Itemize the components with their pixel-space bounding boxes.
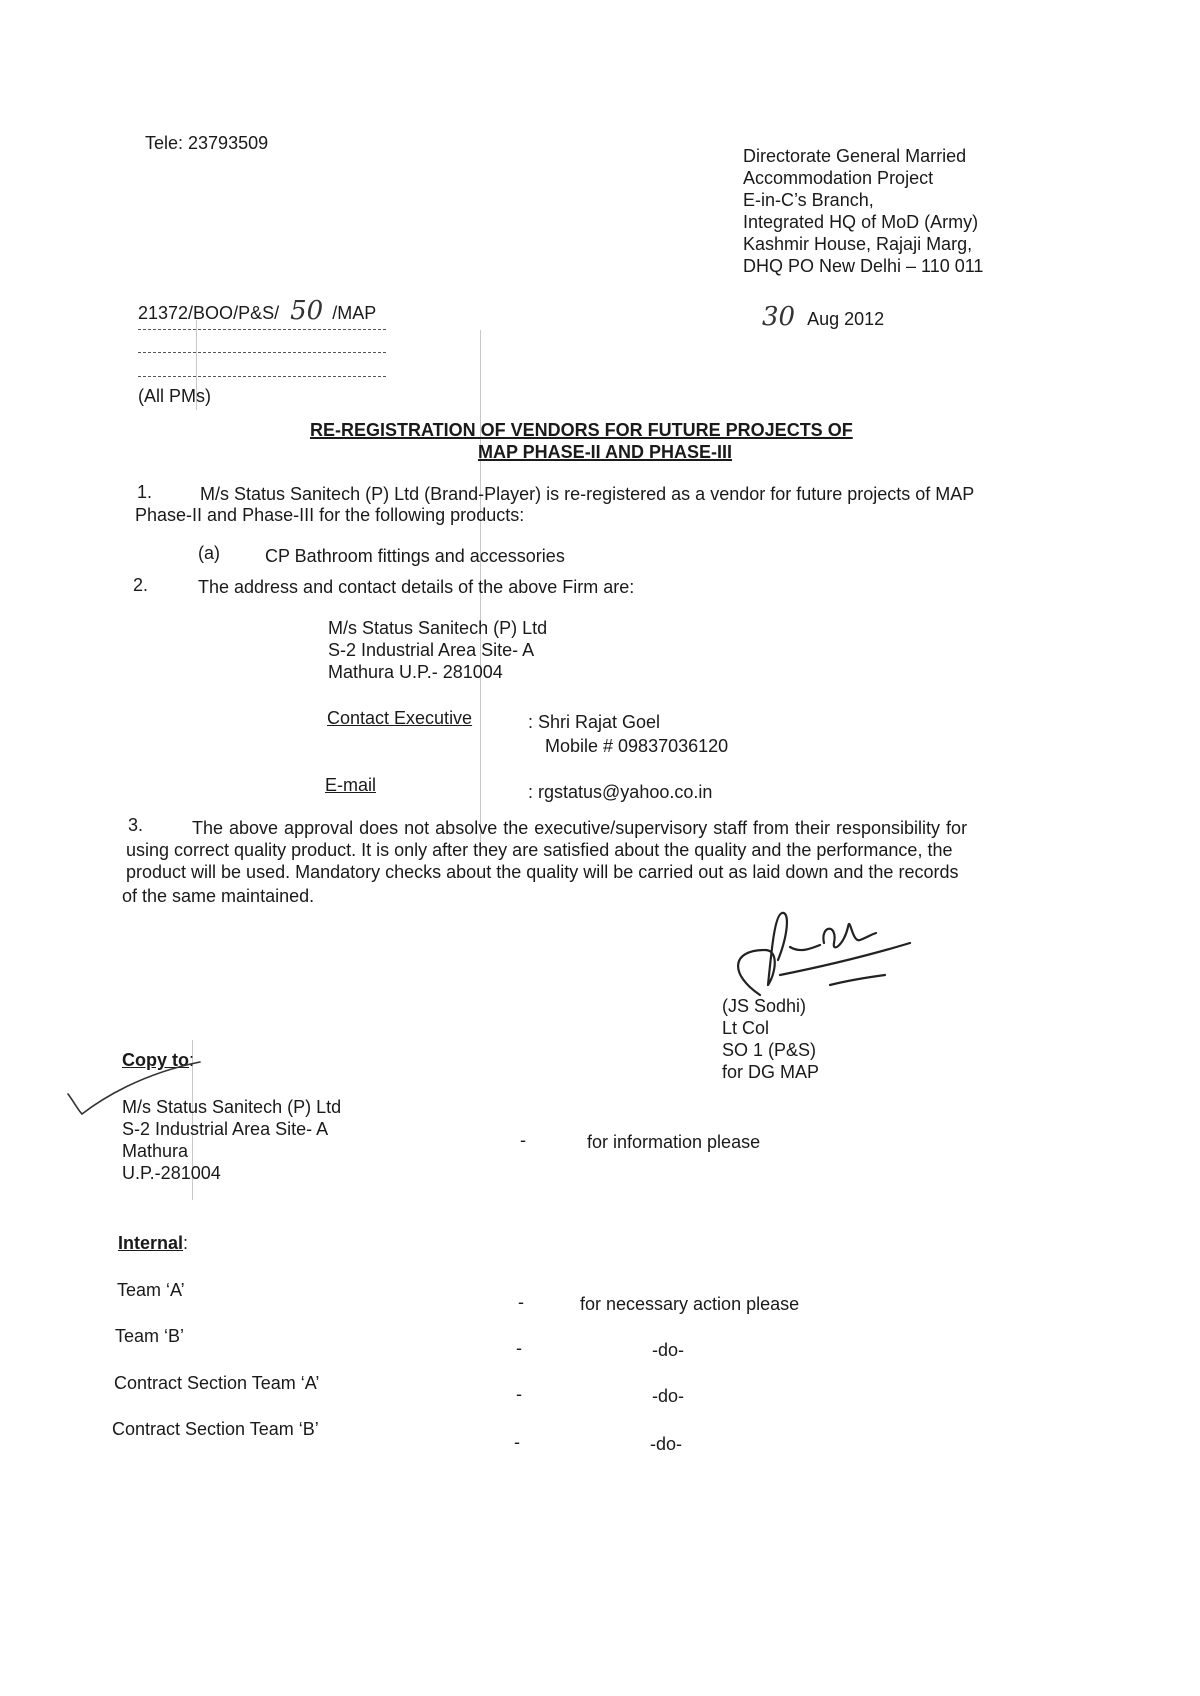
copy-to-address-line: U.P.-281004	[122, 1162, 341, 1184]
telephone: Tele: 23793509	[145, 133, 268, 154]
contact-executive-label: Contact Executive	[327, 708, 472, 729]
handwritten-day: 30	[762, 302, 795, 332]
signatory-block: (JS Sodhi) Lt Col SO 1 (P&S) for DG MAP	[722, 995, 819, 1083]
blank-line	[138, 329, 386, 330]
contact-mobile: Mobile # 09837036120	[545, 736, 728, 757]
email-value[interactable]: : rgstatus@yahoo.co.in	[528, 782, 712, 803]
para3-line: using correct quality product. It is onl…	[126, 840, 952, 861]
firm-address: M/s Status Sanitech (P) Ltd S-2 Industri…	[328, 617, 547, 683]
sender-address-line: Accommodation Project	[743, 167, 983, 189]
subject-line-2: MAP PHASE-II AND PHASE-III	[478, 442, 732, 463]
product-item: CP Bathroom fittings and accessories	[265, 546, 565, 567]
blank-line	[138, 352, 386, 353]
sender-address: Directorate General Married Accommodatio…	[743, 145, 983, 277]
signatory-name: (JS Sodhi)	[722, 995, 819, 1017]
copy-to-address-line: M/s Status Sanitech (P) Ltd	[122, 1096, 341, 1118]
copy-to-dash: -	[520, 1130, 526, 1151]
firm-address-line: M/s Status Sanitech (P) Ltd	[328, 617, 547, 639]
firm-address-line: Mathura U.P.- 281004	[328, 661, 547, 683]
firm-address-line: S-2 Industrial Area Site- A	[328, 639, 547, 661]
copy-to-address: M/s Status Sanitech (P) Ltd S-2 Industri…	[122, 1096, 341, 1184]
internal-recipient: Team ‘B’	[115, 1326, 184, 1347]
signatory-designation: SO 1 (P&S)	[722, 1039, 819, 1061]
internal-dash: -	[516, 1338, 522, 1359]
internal-note: -do-	[652, 1386, 684, 1407]
internal-dash: -	[514, 1432, 520, 1453]
copy-to-address-line: S-2 Industrial Area Site- A	[122, 1118, 341, 1140]
para3-line: product will be used. Mandatory checks a…	[126, 862, 958, 883]
contact-executive-name: : Shri Rajat Goel	[528, 712, 660, 733]
para1-line2: Phase-II and Phase-III for the following…	[135, 505, 524, 526]
email-label: E-mail	[325, 775, 376, 796]
para2-text: The address and contact details of the a…	[198, 577, 634, 598]
para-number: 1.	[137, 482, 152, 503]
internal-note: -do-	[650, 1434, 682, 1455]
internal-dash: -	[516, 1384, 522, 1405]
handwritten-number: 50	[290, 296, 323, 326]
blank-line	[138, 376, 386, 377]
para3-line: of the same maintained.	[122, 886, 314, 907]
internal-recipient: Contract Section Team ‘B’	[112, 1419, 319, 1440]
copy-to-address-line: Mathura	[122, 1140, 341, 1162]
signatory-rank: Lt Col	[722, 1017, 819, 1039]
reference-number: 21372/BOO/P&S/ 50 /MAP	[138, 296, 376, 326]
sender-address-line: Integrated HQ of MoD (Army)	[743, 211, 983, 233]
recipients: (All PMs)	[138, 386, 211, 407]
para3-line: The above approval does not absolve the …	[192, 818, 967, 839]
para-number: 3.	[128, 815, 143, 836]
internal-note: -do-	[652, 1340, 684, 1361]
sender-address-line: Directorate General Married	[743, 145, 983, 167]
sender-address-line: Kashmir House, Rajaji Marg,	[743, 233, 983, 255]
para1-line1: M/s Status Sanitech (P) Ltd (Brand-Playe…	[200, 484, 974, 505]
internal-note: for necessary action please	[580, 1294, 799, 1315]
internal-dash: -	[518, 1292, 524, 1313]
subject-line-1: RE-REGISTRATION OF VENDORS FOR FUTURE PR…	[310, 420, 853, 441]
signatory-for: for DG MAP	[722, 1061, 819, 1083]
list-marker: (a)	[198, 543, 220, 564]
sender-address-line: DHQ PO New Delhi – 110 011	[743, 255, 983, 277]
internal-recipient: Team ‘A’	[117, 1280, 185, 1301]
para-number: 2.	[133, 575, 148, 596]
letter-date: 30 Aug 2012	[762, 302, 884, 332]
sender-address-line: E-in-C’s Branch,	[743, 189, 983, 211]
internal-heading: Internal:	[118, 1233, 188, 1254]
copy-to-note: for information please	[587, 1132, 760, 1153]
internal-recipient: Contract Section Team ‘A’	[114, 1373, 319, 1394]
